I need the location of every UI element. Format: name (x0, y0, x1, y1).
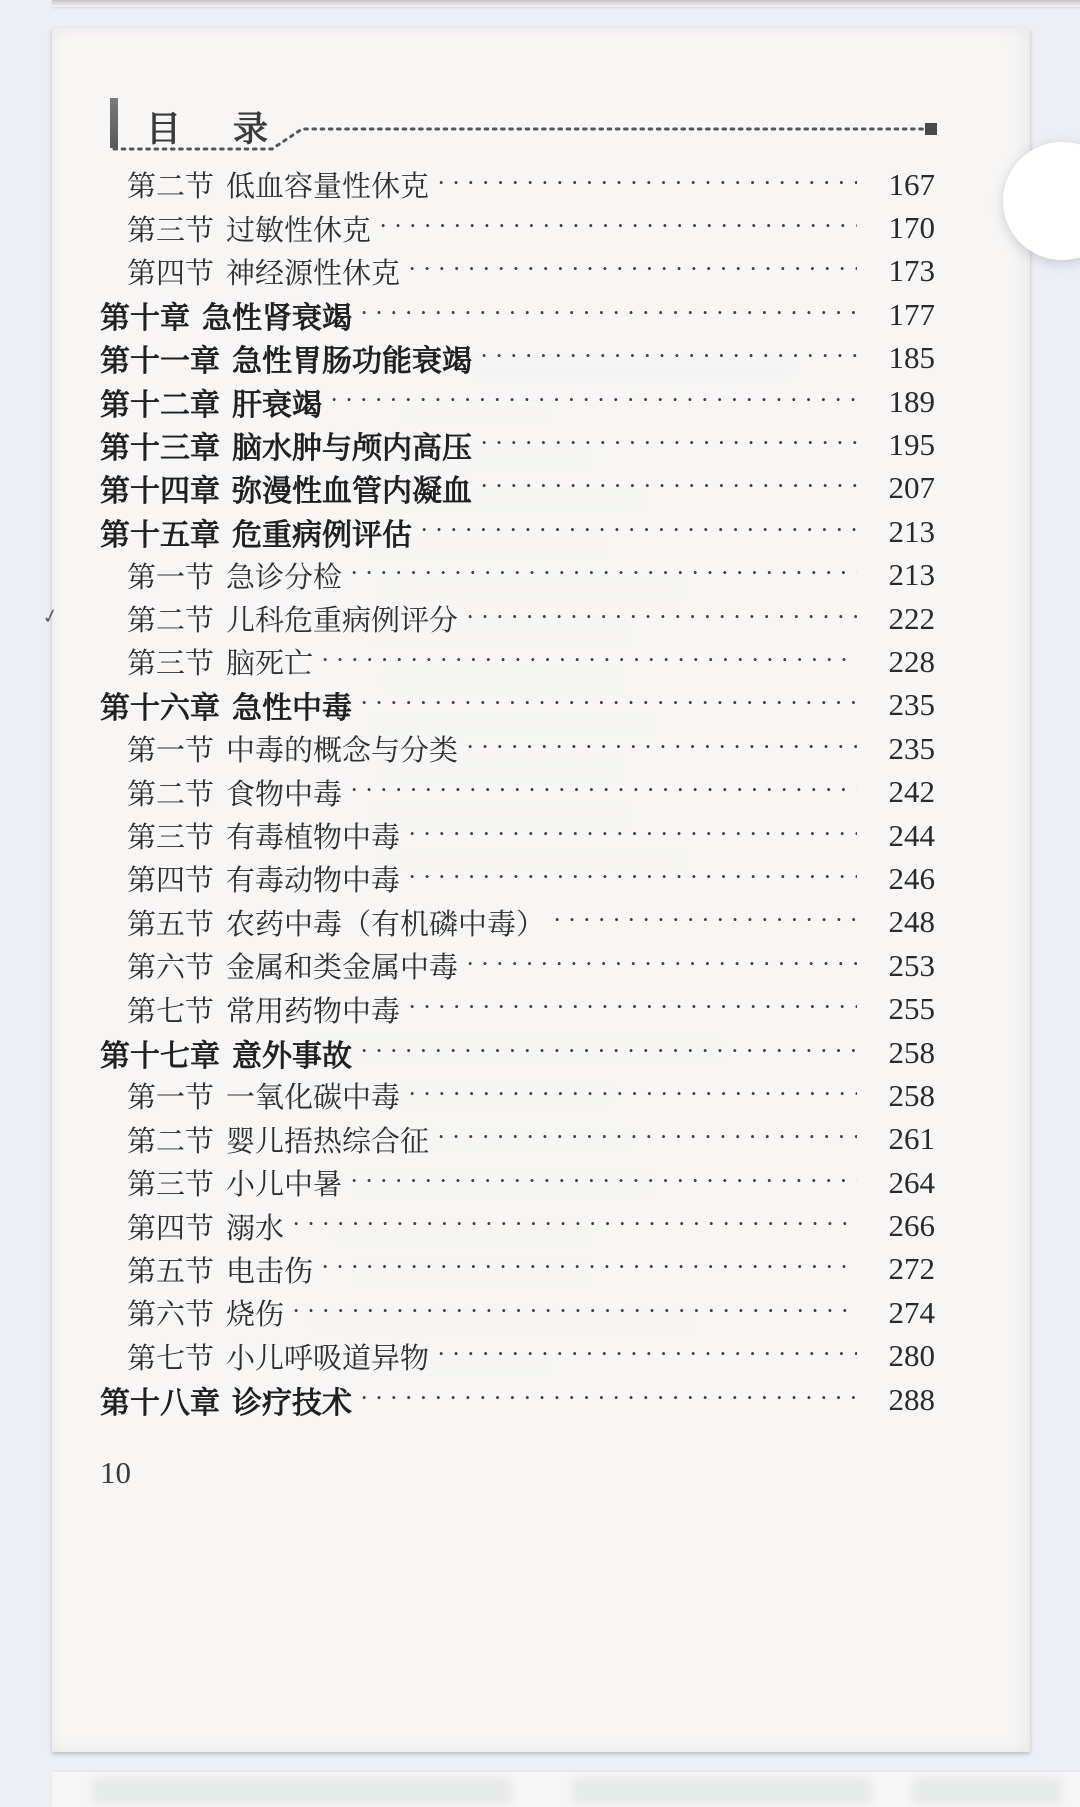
toc-leader-dots: ········································… (437, 1341, 857, 1369)
toc-entry-label: 第十章 (100, 293, 190, 337)
toc-entry-page: 177 (863, 297, 935, 333)
toc-entry-label: 第三节 (127, 815, 214, 856)
toc-leader-dots: ········································… (408, 864, 857, 892)
toc-entry-page: 170 (863, 210, 935, 246)
toc-entry-page: 195 (863, 427, 935, 463)
folio-page-number: 10 (100, 1455, 131, 1491)
toc-entry-title: 有毒动物中毒 (226, 858, 400, 899)
toc-entry-label: 第十五章 (100, 510, 220, 554)
toc-entry-page: 213 (863, 514, 935, 550)
toc-entry-label: 第一节 (127, 728, 214, 769)
toc-entry-title: 意外事故 (232, 1031, 352, 1075)
toc-entry-label: 第一节 (127, 555, 214, 596)
toc-entry-title: 溺水 (226, 1206, 284, 1247)
toc-entry-page: 173 (863, 253, 935, 289)
toc-leader-dots: ········································… (408, 994, 857, 1022)
toc-entry-page: 189 (863, 384, 935, 420)
toc-leader-dots: ········································… (321, 647, 857, 675)
toc-row: 第四节 有毒动物中毒 ·····························… (52, 857, 935, 900)
toc-entry-title: 农药中毒（有机磷中毒） (226, 902, 545, 943)
toc-entry-title: 小儿呼吸道异物 (226, 1336, 429, 1377)
toc-row: 第三节 小儿中暑 ·······························… (52, 1161, 935, 1204)
toc-leader-dots: ········································… (480, 343, 857, 371)
toc-leader-dots: ········································… (408, 821, 857, 849)
toc-entry-page: 167 (863, 167, 935, 203)
toc-leader-dots: ········································… (466, 734, 857, 762)
toc-entry-title: 危重病例评估 (232, 510, 412, 554)
toc-entry-title: 食物中毒 (226, 772, 342, 813)
toc-entry-label: 第三节 (127, 1162, 214, 1203)
toc-entry-page: 222 (863, 601, 935, 637)
toc-entry-title: 低血容量性休克 (226, 164, 429, 205)
toc-entry-page: 228 (863, 644, 935, 680)
toc-entry-page: 248 (863, 904, 935, 940)
toc-entry-title: 一氧化碳中毒 (226, 1075, 400, 1116)
toc-row: 第三节 脑死亡 ································… (52, 640, 935, 683)
toc-row: 第二节 婴儿捂热综合征 ····························… (52, 1118, 935, 1161)
toc-entry-label: 第十二章 (100, 380, 220, 424)
toc-leader-dots: ········································… (292, 1211, 857, 1239)
toc-row: 第十二章 肝衰竭 ·······························… (52, 380, 935, 423)
toc-entry-title: 电击伤 (226, 1249, 313, 1290)
toc-entry-page: 185 (863, 340, 935, 376)
toc-row: 第一节 急诊分检 ·······························… (52, 554, 935, 597)
toc-entry-title: 脑死亡 (226, 641, 313, 682)
toc-row: 第三节 过敏性休克 ······························… (52, 206, 935, 249)
toc-row: 第十三章 脑水肿与颅内高压 ··························… (52, 423, 935, 466)
toc-leader-dots: ········································… (437, 170, 857, 198)
toc-entry-label: 第六节 (127, 945, 214, 986)
toc-row: 第十章 急性肾衰竭 ······························… (52, 293, 935, 336)
toc-leader-dots: ········································… (292, 1298, 857, 1326)
toc-row: 第一节 一氧化碳中毒 ·····························… (52, 1074, 935, 1117)
toc-leader-dots: ········································… (350, 560, 857, 588)
toc-leader-dots: ········································… (553, 907, 857, 935)
toc-leader-dots: ········································… (466, 951, 857, 979)
toc-entry-label: 第四节 (127, 1206, 214, 1247)
toc-entry-title: 急性中毒 (232, 683, 352, 727)
toc-entry-page: 235 (863, 687, 935, 723)
toc-entry-page: 244 (863, 818, 935, 854)
toc-leader-dots: ········································… (360, 1038, 857, 1066)
toc-entry-page: 280 (863, 1338, 935, 1374)
toc-row: 第二节 低血容量性休克 ····························… (52, 163, 935, 206)
toc-entry-page: 258 (863, 1078, 935, 1114)
toc-entry-label: 第十七章 (100, 1031, 220, 1075)
toc-entry-title: 急诊分检 (226, 555, 342, 596)
toc-entry-title: 常用药物中毒 (226, 989, 400, 1030)
toc-leader-dots: ········································… (350, 1168, 857, 1196)
toc-entry-label: 第二节 (127, 772, 214, 813)
toc-entry-label: 第二节 (127, 164, 214, 205)
toc-entry-label: 第七节 (127, 1336, 214, 1377)
toc-entry-label: 第三节 (127, 641, 214, 682)
toc-entry-label: 第十六章 (100, 683, 220, 727)
toc-entry-title: 婴儿捂热综合征 (226, 1119, 429, 1160)
toc-row: 第二节 儿科危重病例评分 ···························… (52, 597, 935, 640)
toc-list: 第二节 低血容量性休克 ····························… (52, 163, 1030, 1421)
toc-entry-title: 金属和类金属中毒 (226, 945, 458, 986)
toc-leader-dots: ········································… (360, 690, 857, 718)
toc-entry-page: 213 (863, 557, 935, 593)
toc-row: 第七节 小儿呼吸道异物 ····························… (52, 1335, 935, 1378)
toc-row: 第五节 电击伤 ································… (52, 1248, 935, 1291)
toc-leader-dots: ········································… (350, 777, 857, 805)
previous-page-edge (52, 0, 1080, 7)
toc-leader-dots: ········································… (360, 1385, 857, 1413)
toc-row: 第十五章 危重病例评估 ····························… (52, 510, 935, 553)
toc-entry-page: 264 (863, 1165, 935, 1201)
toc-entry-label: 第五节 (127, 1249, 214, 1290)
toc-leader-dots: ········································… (321, 1254, 857, 1282)
toc-entry-title: 中毒的概念与分类 (226, 728, 458, 769)
toc-entry-title: 诊疗技术 (232, 1378, 352, 1422)
toc-entry-page: 288 (863, 1382, 935, 1418)
header-dotted-line (110, 115, 950, 159)
toc-leader-dots: ········································… (420, 517, 857, 545)
toc-entry-title: 过敏性休克 (226, 208, 371, 249)
toc-entry-page: 255 (863, 991, 935, 1027)
toc-entry-label: 第五节 (127, 902, 214, 943)
toc-entry-title: 儿科危重病例评分 (226, 598, 458, 639)
toc-entry-page: 235 (863, 731, 935, 767)
toc-row: 第十八章 诊疗技术 ······························… (52, 1378, 935, 1421)
toc-row: 第二节 食物中毒 ·······························… (52, 770, 935, 813)
toc-entry-label: 第一节 (127, 1075, 214, 1116)
toc-row: 第十一章 急性胃肠功能衰竭 ··························… (52, 337, 935, 380)
toc-leader-dots: ········································… (437, 1124, 857, 1152)
toc-entry-title: 小儿中暑 (226, 1162, 342, 1203)
toc-entry-label: 第七节 (127, 989, 214, 1030)
toc-row: 第三节 有毒植物中毒 ·····························… (52, 814, 935, 857)
toc-entry-title: 肝衰竭 (232, 380, 322, 424)
toc-entry-label: 第六节 (127, 1292, 214, 1333)
toc-entry-page: 272 (863, 1251, 935, 1287)
page-header: 目 录 (52, 28, 1030, 168)
toc-row: 第十六章 急性中毒 ······························… (52, 684, 935, 727)
toc-entry-page: 266 (863, 1208, 935, 1244)
toc-leader-dots: ········································… (466, 604, 857, 632)
toc-leader-dots: ········································… (408, 256, 857, 284)
toc-entry-title: 神经源性休克 (226, 251, 400, 292)
toc-entry-title: 急性肾衰竭 (202, 293, 352, 337)
toc-entry-label: 第十八章 (100, 1378, 220, 1422)
toc-row: 第六节 金属和类金属中毒 ···························… (52, 944, 935, 987)
book-page[interactable]: 目 录 第二节 低血容量性休克 ························… (52, 28, 1030, 1752)
toc-entry-page: 242 (863, 774, 935, 810)
toc-entry-label: 第三节 (127, 208, 214, 249)
toc-row: 第四节 神经源性休克 ·····························… (52, 250, 935, 293)
toc-entry-page: 253 (863, 948, 935, 984)
toc-entry-label: 第十三章 (100, 423, 220, 467)
toc-entry-title: 烧伤 (226, 1292, 284, 1333)
toc-leader-dots: ········································… (408, 1081, 857, 1109)
toc-entry-label: 第十一章 (100, 336, 220, 380)
toc-entry-label: 第十四章 (100, 466, 220, 510)
toc-leader-dots: ········································… (360, 300, 857, 328)
toc-row: 第七节 常用药物中毒 ·····························… (52, 987, 935, 1030)
toc-row: 第十四章 弥漫性血管内凝血 ··························… (52, 467, 935, 510)
toc-row: 第六节 烧伤 ·································… (52, 1291, 935, 1334)
toc-entry-title: 脑水肿与颅内高压 (232, 423, 472, 467)
toc-row: 第五节 农药中毒（有机磷中毒） ························… (52, 901, 935, 944)
toc-leader-dots: ········································… (480, 430, 857, 458)
toc-leader-dots: ········································… (330, 387, 857, 415)
toc-entry-label: 第二节 (127, 598, 214, 639)
toc-entry-title: 弥漫性血管内凝血 (232, 466, 472, 510)
toc-entry-label: 第四节 (127, 251, 214, 292)
toc-leader-dots: ········································… (379, 213, 857, 241)
toc-entry-page: 274 (863, 1295, 935, 1331)
toc-entry-title: 急性胃肠功能衰竭 (232, 336, 472, 380)
toc-entry-label: 第二节 (127, 1119, 214, 1160)
toc-entry-page: 261 (863, 1121, 935, 1157)
reader-screen: 目 录 第二节 低血容量性休克 ························… (0, 0, 1080, 1807)
toc-entry-label: 第四节 (127, 858, 214, 899)
next-page-edge (52, 1772, 1080, 1807)
toc-entry-page: 258 (863, 1035, 935, 1071)
toc-entry-page: 207 (863, 470, 935, 506)
toc-row: 第一节 中毒的概念与分类 ···························… (52, 727, 935, 770)
toc-entry-page: 246 (863, 861, 935, 897)
toc-leader-dots: ········································… (480, 473, 857, 501)
toc-row: 第十七章 意外事故 ······························… (52, 1031, 935, 1074)
toc-entry-title: 有毒植物中毒 (226, 815, 400, 856)
toc-row: 第四节 溺水 ·································… (52, 1204, 935, 1247)
